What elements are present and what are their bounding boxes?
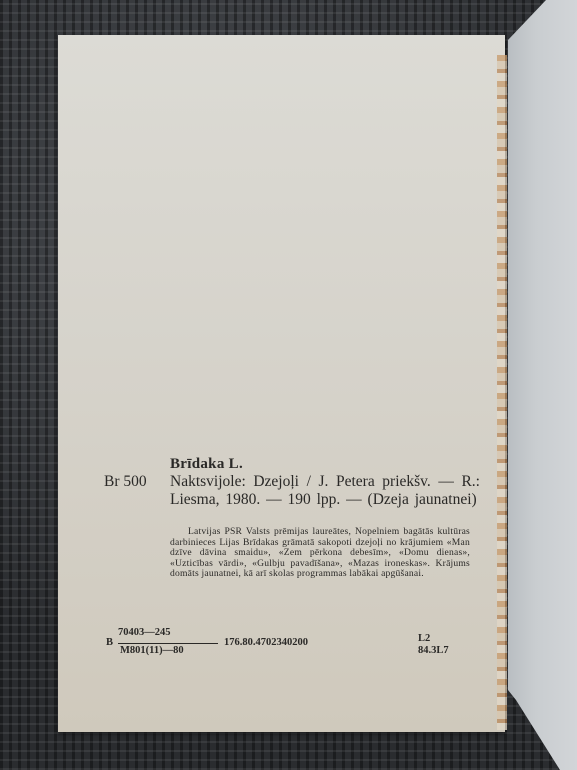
code-numerator: 70403—245 — [118, 627, 171, 638]
author-heading: Brīdaka L. — [170, 456, 243, 473]
shelf-mark: Br 500 — [104, 473, 147, 491]
code-prefix: B — [106, 637, 113, 648]
bibliographic-description: Naktsvijole: Dzejoļi / J. Petera priekšv… — [170, 473, 480, 508]
catalog-codes: B 70403—245 M801(11)—80 176.80.470234020… — [106, 627, 486, 667]
book-page: Brīdaka L. Br 500 Naktsvijole: Dzejoļi /… — [58, 35, 505, 732]
code-denominator: M801(11)—80 — [120, 645, 184, 656]
book-cover — [508, 0, 577, 770]
fraction-bar — [118, 643, 218, 644]
class-code-top: L2 — [418, 633, 430, 644]
catalog-entry: Brīdaka L. Br 500 Naktsvijole: Dzejoļi /… — [58, 35, 505, 732]
annotation-text: Latvijas PSR Valsts prēmijas laureātes, … — [170, 527, 470, 580]
code-index: 176.80.4702340200 — [224, 637, 308, 648]
class-code-bottom: 84.3L7 — [418, 645, 449, 656]
